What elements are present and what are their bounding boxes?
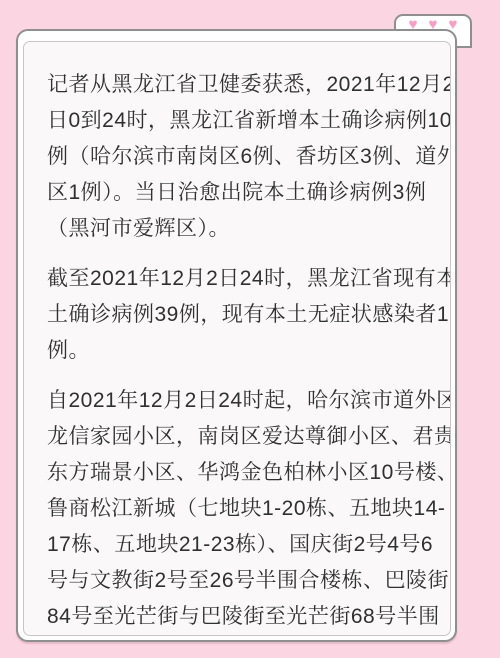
text-line: 例。 <box>47 333 444 369</box>
text-line: 例（哈尔滨市南岗区6例、香坊区3例、道外 <box>47 139 444 175</box>
article-text: 记者从黑龙江省卫健委获悉，2021年12月2日0到24时，黑龙江省新增本土确诊病… <box>24 42 450 635</box>
text-line: 区1例）。当日治愈出院本土确诊病例3例 <box>47 175 444 211</box>
text-line: 自2021年12月2日24时起，哈尔滨市道外区 <box>47 383 444 419</box>
text-line: 截至2021年12月2日24时，黑龙江省现有本 <box>47 261 444 297</box>
paragraph: 记者从黑龙江省卫健委获悉，2021年12月2日0到24时，黑龙江省新增本土确诊病… <box>47 67 444 247</box>
text-line: 记者从黑龙江省卫健委获悉，2021年12月2 <box>47 67 444 103</box>
text-line: 土确诊病例39例，现有本土无症状感染者1 <box>47 297 444 333</box>
paragraph: 自2021年12月2日24时起，哈尔滨市道外区龙信家园小区，南岗区爱达尊御小区、… <box>47 383 444 635</box>
text-line: 日0到24时，黑龙江省新增本土确诊病例10 <box>47 103 444 139</box>
paragraph: 截至2021年12月2日24时，黑龙江省现有本土确诊病例39例，现有本土无症状感… <box>47 261 444 369</box>
text-line: 号与文教街2号至26号半围合楼栋、巴陵街 <box>47 563 444 599</box>
text-line: 鲁商松江新城（七地块1-20栋、五地块14- <box>47 491 444 527</box>
page: { "theme": { "background": "#fbd5e1", "c… <box>0 0 500 658</box>
text-line: 17栋、五地块21-23栋）、国庆街2号4号6 <box>47 527 444 563</box>
text-line: 龙信家园小区，南岗区爱达尊御小区、君贵 <box>47 419 444 455</box>
text-line: （黑河市爱辉区）。 <box>47 211 444 247</box>
note-inner-frame: 记者从黑龙江省卫健委获悉，2021年12月2日0到24时，黑龙江省新增本土确诊病… <box>23 41 451 636</box>
text-line: 84号至光芒街与巴陵街至光芒街68号半围 <box>47 599 444 635</box>
text-line: 东方瑞景小区、华鸿金色柏林小区10号楼、 <box>47 455 444 491</box>
note-card: 记者从黑龙江省卫健委获悉，2021年12月2日0到24时，黑龙江省新增本土确诊病… <box>16 29 457 642</box>
